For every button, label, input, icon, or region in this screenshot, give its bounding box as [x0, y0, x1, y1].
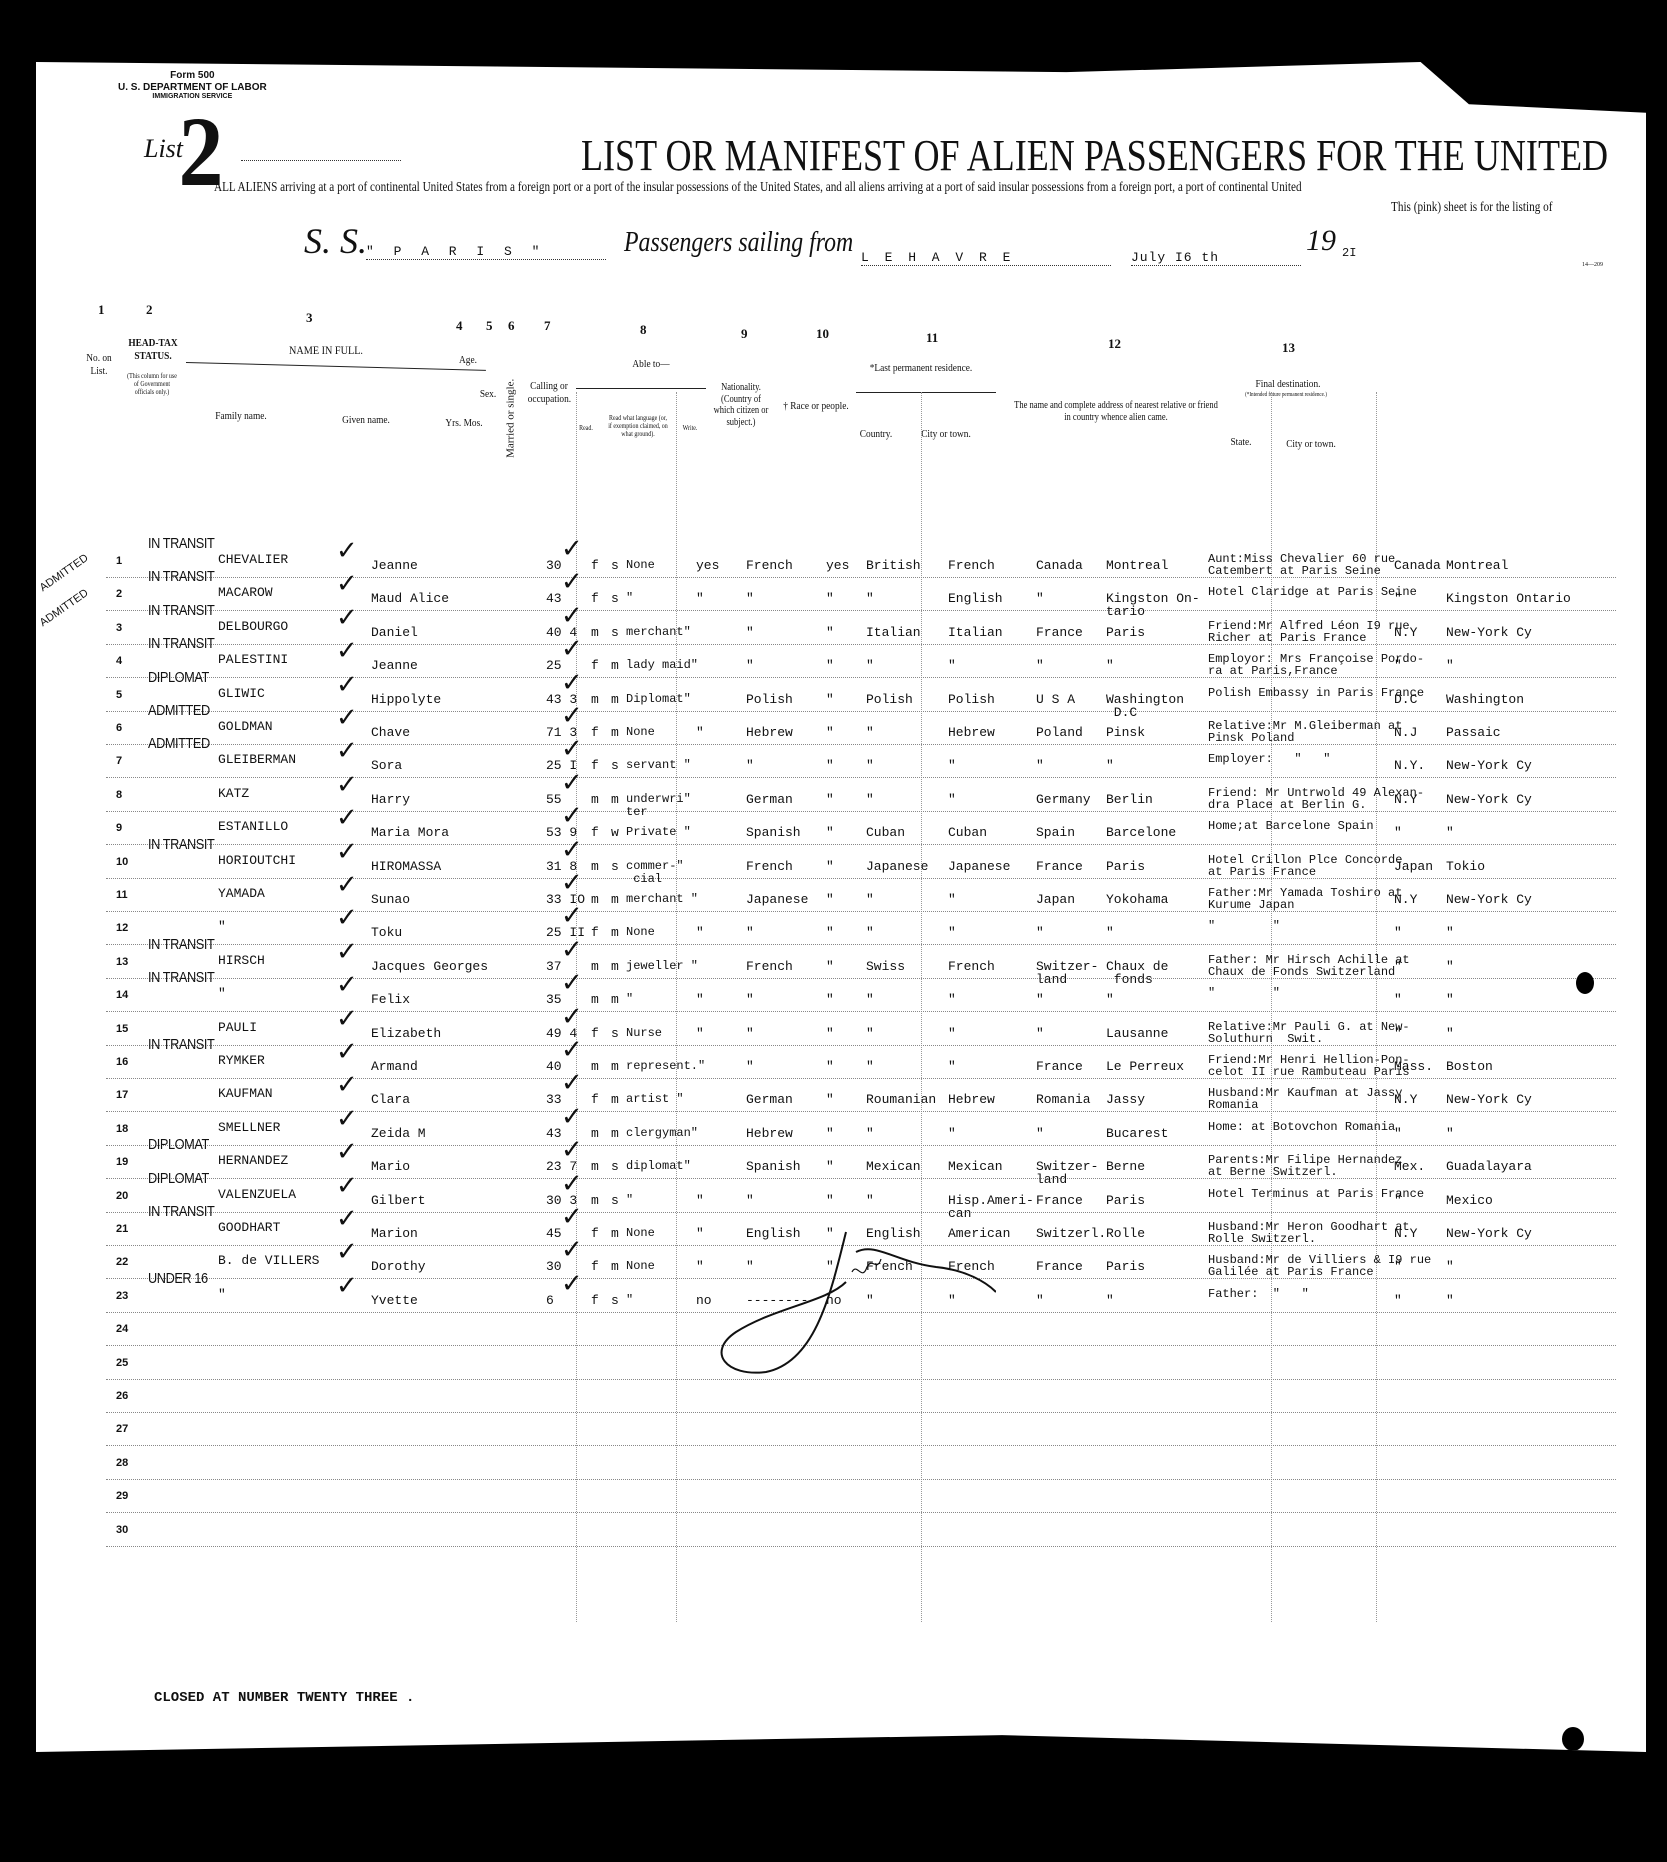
- race: Polish: [948, 693, 995, 706]
- residence-country: ": [1036, 592, 1044, 605]
- given-name: HIROMASSA: [371, 860, 441, 873]
- head-tax-stamp: DIPLOMAT: [148, 1172, 209, 1185]
- residence-country: France: [1036, 1194, 1083, 1207]
- destination-city: New-York Cy: [1446, 1093, 1532, 1106]
- header-head-tax-note: (This column for use of Government offic…: [126, 372, 179, 396]
- residence-country: ": [1036, 926, 1044, 939]
- nearest-relative: Friend: Mr Untrwold 49 Alexan- dra Place…: [1208, 787, 1424, 811]
- head-tax-stamp: ADMITTED: [148, 737, 210, 750]
- can-write: ": [826, 893, 834, 906]
- destination-state: N.Y: [1394, 626, 1417, 639]
- residence-country: France: [1036, 626, 1083, 639]
- row-number: 7: [116, 755, 122, 768]
- checkmark-icon: ✓: [336, 1079, 358, 1092]
- given-name: Mario: [371, 1160, 410, 1173]
- department: U. S. DEPARTMENT OF LABOR: [118, 82, 267, 94]
- destination-state: N.Y: [1394, 893, 1417, 906]
- head-tax-stamp: IN TRANSIT: [148, 604, 214, 617]
- header-state: State.: [1228, 436, 1254, 449]
- sex: f: [591, 1294, 599, 1307]
- checkmark-icon: ✓: [336, 1280, 358, 1293]
- occupation: ": [626, 1194, 633, 1207]
- destination-city: ": [1446, 960, 1454, 973]
- nearest-relative: Home;at Barcelone Spain: [1208, 820, 1374, 832]
- ss-label: S. S.: [304, 220, 367, 262]
- destination-state: D.C: [1394, 693, 1417, 706]
- family-name: MACAROW: [218, 586, 273, 599]
- residence-country: Romania: [1036, 1093, 1091, 1106]
- head-tax-stamp: IN TRANSIT: [148, 1205, 214, 1218]
- sailing-from-label: Passengers sailing from: [624, 227, 853, 259]
- margin-code: 14—209: [1582, 262, 1603, 268]
- nearest-relative: Parents:Mr Filipe Hernandez at Berne Swi…: [1208, 1154, 1402, 1178]
- header-no-on-list: No. on List.: [86, 352, 112, 377]
- list-label: List: [144, 134, 183, 164]
- nationality: Mexican: [866, 1160, 921, 1173]
- nationality: Polish: [866, 693, 913, 706]
- checkmark-icon: ✓: [561, 677, 583, 690]
- race: English: [948, 592, 1003, 605]
- occupation: None: [626, 926, 655, 939]
- head-tax-stamp: IN TRANSIT: [148, 1038, 214, 1051]
- read-language: ": [746, 1194, 754, 1207]
- year-prefix: 19: [1306, 224, 1336, 258]
- age: 33: [546, 1093, 562, 1106]
- row-number: 2: [116, 588, 122, 601]
- sex: m: [591, 893, 599, 906]
- destination-city: Passaic: [1446, 726, 1501, 739]
- table-row: 8KATZHarry55mmunderwri" terGerman"""Germ…: [106, 781, 1616, 812]
- header-final-destination: Final destination.: [1237, 378, 1339, 391]
- nearest-relative: Polish Embassy in Paris France: [1208, 687, 1424, 699]
- residence-city: Paris: [1106, 1260, 1145, 1273]
- nearest-relative: Father: Mr Hirsch Achille at Chaux de Fo…: [1208, 954, 1410, 978]
- destination-city: ": [1446, 1294, 1454, 1307]
- age: 40: [546, 1060, 562, 1073]
- header-calling: Calling or occupation.: [528, 380, 571, 405]
- read-language: ": [746, 659, 754, 672]
- family-name: ESTANILLO: [218, 820, 288, 833]
- age: 30: [546, 559, 562, 572]
- row-number: 29: [116, 1490, 128, 1503]
- destination-state: ": [1394, 592, 1402, 605]
- checkmark-icon: ✓: [561, 543, 583, 556]
- sex: m: [591, 960, 599, 973]
- destination-state: ": [1394, 1260, 1402, 1273]
- residence-country: Canada: [1036, 559, 1083, 572]
- residence-city: Jassy: [1106, 1093, 1145, 1106]
- nearest-relative: " ": [1208, 920, 1280, 932]
- checkmark-icon: ✓: [561, 910, 583, 923]
- sex: m: [591, 860, 599, 873]
- nationality: British: [866, 559, 921, 572]
- checkmark-icon: ✓: [561, 944, 583, 957]
- can-write: ": [826, 1194, 834, 1207]
- col-num-9: 9: [741, 326, 748, 342]
- ink-blot: [1562, 1727, 1584, 1751]
- row-number: 25: [116, 1357, 128, 1370]
- checkmark-icon: ✓: [561, 977, 583, 990]
- given-name: Gilbert: [371, 1194, 426, 1207]
- row-number: 24: [116, 1323, 128, 1336]
- can-write: ": [826, 793, 834, 806]
- family-name: HERNANDEZ: [218, 1154, 288, 1167]
- head-tax-stamp: ADMITTED: [148, 704, 210, 717]
- nearest-relative: Relative:Mr Pauli G. at New- Soluthurn S…: [1208, 1021, 1410, 1045]
- read-language: Hebrew: [746, 726, 793, 739]
- residence-country: Switzerl.: [1036, 1227, 1106, 1240]
- checkmark-icon: ✓: [561, 810, 583, 823]
- sex: m: [591, 626, 599, 639]
- row-number: 8: [116, 789, 122, 802]
- nationality: Roumanian: [866, 1093, 936, 1106]
- destination-city: New-York Cy: [1446, 893, 1532, 906]
- col-num-7: 7: [544, 318, 551, 334]
- row-number: 11: [116, 889, 128, 902]
- residence-country: U S A: [1036, 693, 1075, 706]
- checkmark-icon: ✓: [336, 745, 358, 758]
- header-name-in-full: NAME IN FULL.: [267, 344, 386, 358]
- marital-status: m: [611, 693, 619, 706]
- can-read: ": [696, 726, 704, 739]
- transit-mark: TR: [1654, 1050, 1667, 1063]
- checkmark-icon: ✓: [561, 844, 583, 857]
- residence-country: ": [1036, 1127, 1044, 1140]
- family-name: GLIWIC: [218, 687, 265, 700]
- sex: m: [591, 1194, 599, 1207]
- checkmark-icon: ✓: [561, 710, 583, 723]
- header-sex: Sex.: [478, 388, 498, 401]
- destination-city: Kingston Ontario: [1446, 592, 1571, 605]
- age: 25: [546, 659, 562, 672]
- destination-city: Boston: [1446, 1060, 1493, 1073]
- residence-city: Paris: [1106, 626, 1145, 639]
- row-number: 10: [116, 856, 128, 869]
- head-tax-stamp: IN TRANSIT: [148, 938, 214, 951]
- family-name: PALESTINI: [218, 653, 288, 666]
- table-row: 4IN TRANSITPALESTINIJeanne25fmlady maid"…: [106, 647, 1616, 678]
- nearest-relative: Husband:Mr Kaufman at Jassy Romania: [1208, 1087, 1402, 1111]
- head-tax-stamp: IN TRANSIT: [148, 637, 214, 650]
- head-tax-stamp: IN TRANSIT: [148, 971, 214, 984]
- destination-city: Washington: [1446, 693, 1524, 706]
- can-write: ": [826, 960, 834, 973]
- race: Cuban: [948, 826, 987, 839]
- occupation: represent.": [626, 1060, 705, 1073]
- nearest-relative: Relative:Mr M.Gleiberman at Pinsk Poland: [1208, 720, 1402, 744]
- destination-state: Canada: [1394, 559, 1441, 572]
- can-write: ": [826, 626, 834, 639]
- marital-status: s: [611, 626, 619, 639]
- family-name: KATZ: [218, 787, 249, 800]
- table-row-empty: 27: [106, 1415, 1616, 1446]
- nationality: Cuban: [866, 826, 905, 839]
- marital-status: m: [611, 993, 619, 1006]
- nationality: ": [866, 926, 874, 939]
- residence-city: Berlin: [1106, 793, 1153, 806]
- row-number: 6: [116, 722, 122, 735]
- marital-status: s: [611, 1194, 619, 1207]
- can-write: ": [826, 693, 834, 706]
- read-language: French: [746, 559, 793, 572]
- table-row: 20DIPLOMATVALENZUELAGilbert30 3ms"""""Hi…: [106, 1182, 1616, 1213]
- nationality: ": [866, 659, 874, 672]
- row-number: 4: [116, 655, 122, 668]
- family-name: SMELLNER: [218, 1121, 280, 1134]
- occupation: ": [626, 993, 633, 1006]
- nationality: ": [866, 993, 874, 1006]
- residence-country: ": [1036, 1294, 1044, 1307]
- age: 30: [546, 1260, 562, 1273]
- nearest-relative: Father: " ": [1208, 1288, 1309, 1300]
- page-title: LIST OR MANIFEST OF ALIEN PASSENGERS FOR…: [581, 130, 1608, 181]
- read-language: Hebrew: [746, 1127, 793, 1140]
- sex: f: [591, 1027, 599, 1040]
- header-race: † Race or people.: [782, 400, 850, 413]
- race: ": [948, 1127, 956, 1140]
- residence-city: Bucarest: [1106, 1127, 1168, 1140]
- can-write: ": [826, 993, 834, 1006]
- read-language: Polish: [746, 693, 793, 706]
- destination-city: ": [1446, 993, 1454, 1006]
- given-name: Armand: [371, 1060, 418, 1073]
- family-name: B. de VILLERS: [218, 1254, 319, 1267]
- given-name: Maria Mora: [371, 826, 449, 839]
- can-write: ": [826, 1093, 834, 1106]
- destination-state: ": [1394, 1127, 1402, 1140]
- col-num-5: 5: [486, 318, 493, 334]
- head-tax-stamp: IN TRANSIT: [148, 537, 214, 550]
- occupation: Diplomat": [626, 693, 691, 706]
- given-name: Harry: [371, 793, 410, 806]
- read-language: Japanese: [746, 893, 808, 906]
- occupation: merchant ": [626, 893, 698, 906]
- destination-state: ": [1394, 993, 1402, 1006]
- checkmark-icon: ✓: [561, 777, 583, 790]
- col-num-4: 4: [456, 318, 463, 334]
- marital-status: m: [611, 793, 619, 806]
- checkmark-icon: ✓: [336, 779, 358, 792]
- checkmark-icon: ✓: [336, 1246, 358, 1259]
- residence-country: Germany: [1036, 793, 1091, 806]
- transit-mark: TR: [1654, 616, 1667, 629]
- marital-status: m: [611, 726, 619, 739]
- age: 55: [546, 793, 562, 806]
- checkmark-icon: ✓: [336, 578, 358, 591]
- row-number: 22: [116, 1256, 128, 1269]
- given-name: Clara: [371, 1093, 410, 1106]
- checkmark-icon: ✓: [336, 879, 358, 892]
- destination-state: Mex.: [1394, 1160, 1425, 1173]
- family-name: ": [218, 920, 226, 933]
- sex: m: [591, 693, 599, 706]
- nearest-relative: Hotel Crillon Plce Concorde at Paris Fra…: [1208, 854, 1402, 878]
- can-read: ": [696, 1194, 704, 1207]
- sex: f: [591, 926, 599, 939]
- sex: f: [591, 1093, 599, 1106]
- checkmark-icon: ✓: [561, 1077, 583, 1090]
- nearest-relative: Hotel Terminus at Paris France: [1208, 1188, 1424, 1200]
- nearest-relative: Friend:Mr Alfred Léon I9 rue Richer at P…: [1208, 620, 1410, 644]
- sex: f: [591, 659, 599, 672]
- table-row: 17KAUFMANClara33fmartist "German"Roumani…: [106, 1081, 1616, 1112]
- col-num-2: 2: [146, 302, 153, 318]
- destination-city: ": [1446, 659, 1454, 672]
- table-row: 15PAULIElizabeth49 4fsNurse""""""Lausann…: [106, 1015, 1616, 1046]
- given-name: Marion: [371, 1227, 418, 1240]
- checkmark-icon: ✓: [336, 1180, 358, 1193]
- can-write: ": [826, 759, 834, 772]
- nationality: ": [866, 893, 874, 906]
- can-write: ": [826, 1127, 834, 1140]
- sex: f: [591, 592, 599, 605]
- can-read: ": [696, 993, 704, 1006]
- destination-city: New-York Cy: [1446, 793, 1532, 806]
- header-married-single: Married or single.: [505, 363, 518, 473]
- destination-state: Japan: [1394, 860, 1433, 873]
- row-number: 14: [116, 989, 128, 1002]
- destination-city: Mexico: [1446, 1194, 1493, 1207]
- head-tax-stamp: DIPLOMAT: [148, 671, 209, 684]
- marital-status: s: [611, 592, 619, 605]
- read-language: ": [746, 993, 754, 1006]
- sex: f: [591, 559, 599, 572]
- sex: m: [591, 1060, 599, 1073]
- sex: f: [591, 759, 599, 772]
- col-num-13: 13: [1282, 340, 1295, 356]
- row-number: 28: [116, 1457, 128, 1470]
- pink-sheet-note: This (pink) sheet is for the listing of: [1391, 200, 1552, 216]
- residence-city: ": [1106, 993, 1114, 1006]
- destination-city: ": [1446, 1027, 1454, 1040]
- race: French: [948, 960, 995, 973]
- checkmark-icon: ✓: [336, 545, 358, 558]
- residence-city: Paris: [1106, 1194, 1145, 1207]
- residence-city: Yokohama: [1106, 893, 1168, 906]
- race: ": [948, 759, 956, 772]
- race: ": [948, 1027, 956, 1040]
- manifest-sheet: Form 500 U. S. DEPARTMENT OF LABOR IMMIG…: [36, 62, 1646, 1752]
- residence-city: Le Perreux: [1106, 1060, 1184, 1073]
- nationality: ": [866, 726, 874, 739]
- marital-status: m: [611, 960, 619, 973]
- checkmark-icon: ✓: [336, 1113, 358, 1126]
- destination-city: Guadalayara: [1446, 1160, 1532, 1173]
- age: 6: [546, 1294, 554, 1307]
- year-suffix: 2I: [1342, 246, 1356, 260]
- header-country: Country.: [855, 428, 898, 441]
- occupation: Nurse: [626, 1027, 662, 1040]
- race: ": [948, 893, 956, 906]
- family-name: RYMKER: [218, 1054, 265, 1067]
- row-number: 21: [116, 1223, 128, 1236]
- destination-city: Montreal: [1446, 559, 1508, 572]
- marital-status: s: [611, 1027, 619, 1040]
- residence-country: ": [1036, 1027, 1044, 1040]
- family-name: HORIOUTCHI: [218, 854, 296, 867]
- race: ": [948, 1060, 956, 1073]
- can-read: ": [696, 592, 704, 605]
- residence-city: Pinsk: [1106, 726, 1145, 739]
- read-language: ": [746, 1027, 754, 1040]
- table-row: 16IN TRANSITRYMKERArmand40mmrepresent.""…: [106, 1048, 1616, 1079]
- marital-status: m: [611, 893, 619, 906]
- row-number: 30: [116, 1524, 128, 1537]
- col-num-3: 3: [306, 310, 313, 326]
- marital-status: s: [611, 860, 619, 873]
- nationality: ": [866, 759, 874, 772]
- sex: f: [591, 826, 599, 839]
- can-write: ": [826, 726, 834, 739]
- read-language: French: [746, 960, 793, 973]
- destination-state: N.Y.: [1394, 759, 1425, 772]
- marital-status: m: [611, 1127, 619, 1140]
- table-row-empty: 30: [106, 1516, 1616, 1547]
- can-write: ": [826, 1027, 834, 1040]
- signature-scribble: [616, 1212, 996, 1392]
- can-write: ": [826, 1160, 834, 1173]
- given-name: Felix: [371, 993, 410, 1006]
- table-row: 2IN TRANSITMACAROWMaud Alice43fs"""""Eng…: [106, 580, 1616, 611]
- destination-state: ": [1394, 960, 1402, 973]
- row-number: 3: [116, 622, 122, 635]
- residence-city: Montreal: [1106, 559, 1168, 572]
- marital-status: m: [611, 1093, 619, 1106]
- form-number: Form 500: [118, 70, 267, 82]
- residence-city: ": [1106, 759, 1114, 772]
- residence-country: ": [1036, 993, 1044, 1006]
- checkmark-icon: ✓: [336, 946, 358, 959]
- residence-country: Japan: [1036, 893, 1075, 906]
- total-dots: . . . .: [314, 1782, 363, 1797]
- destination-city: New-York Cy: [1446, 626, 1532, 639]
- destination-state: ": [1394, 826, 1402, 839]
- read-language: Spanish: [746, 1160, 801, 1173]
- header-given-name: Given name.: [332, 414, 400, 427]
- destination-city: ": [1446, 826, 1454, 839]
- checkmark-icon: ✓: [561, 610, 583, 623]
- given-name: Toku: [371, 926, 402, 939]
- destination-city: ": [1446, 1127, 1454, 1140]
- residence-city: Paris: [1106, 860, 1145, 873]
- nationality: Italian: [866, 626, 921, 639]
- family-name: VALENZUELA: [218, 1188, 296, 1201]
- family-name: DELBOURGO: [218, 620, 288, 633]
- family-name: GOODHART: [218, 1221, 280, 1234]
- header-head-tax: HEAD-TAX STATUS.: [123, 337, 183, 362]
- residence-country: ": [1036, 659, 1044, 672]
- nearest-relative: Husband:Mr Heron Goodhart at Rolle Switz…: [1208, 1221, 1410, 1245]
- destination-state: ": [1394, 1194, 1402, 1207]
- nationality: ": [866, 1194, 874, 1207]
- row-number: 12: [116, 922, 128, 935]
- col-num-8: 8: [640, 322, 647, 338]
- residence-country: Poland: [1036, 726, 1083, 739]
- can-read: ": [696, 1027, 704, 1040]
- read-language: ": [746, 626, 754, 639]
- header-relative: The name and complete address of nearest…: [1014, 400, 1218, 423]
- race: ": [948, 659, 956, 672]
- nationality: Japanese: [866, 860, 928, 873]
- checkmark-icon: ✓: [336, 712, 358, 725]
- departure-port: L E H A V R E: [861, 250, 1111, 266]
- transit-mark: TR: [1654, 549, 1667, 562]
- checkmark-icon: ✓: [336, 1046, 358, 1059]
- sex: f: [591, 1260, 599, 1273]
- col-num-11: 11: [926, 330, 938, 346]
- table-row: 19DIPLOMATHERNANDEZMario23 7msdiplomat"S…: [106, 1148, 1616, 1179]
- destination-city: ": [1446, 1260, 1454, 1273]
